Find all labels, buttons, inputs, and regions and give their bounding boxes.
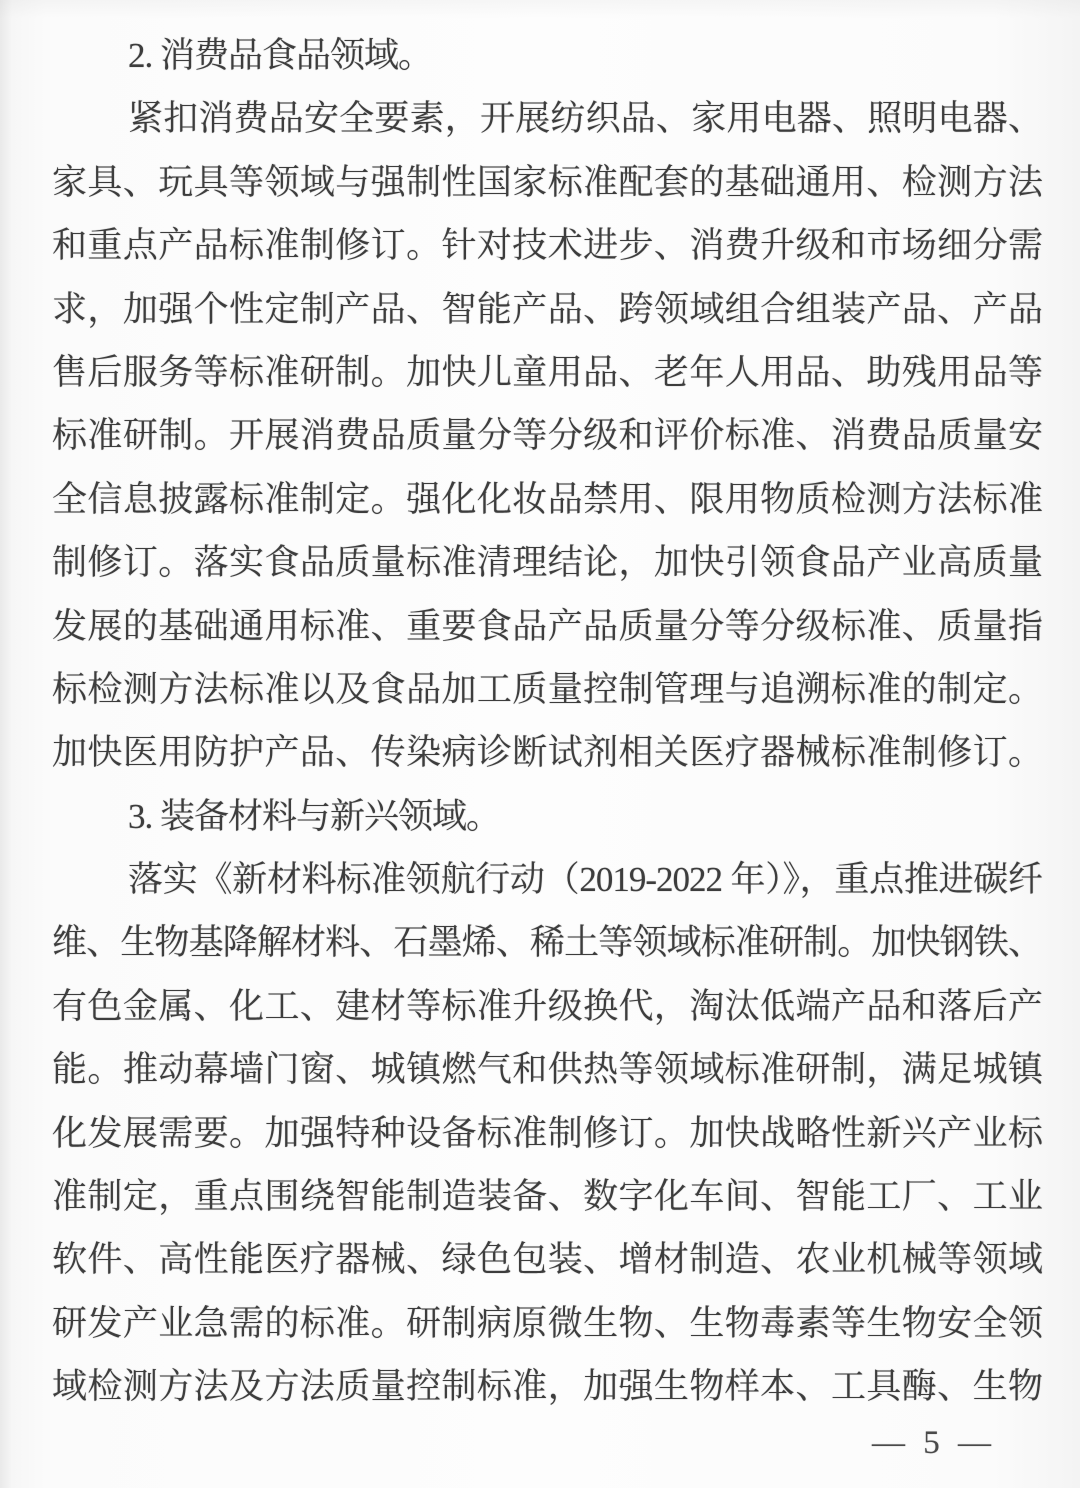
- text-line: 家具、玩具等领域与强制性国家标准配套的基础通用、检测方法: [52, 151, 1042, 214]
- text-line: 标检测方法标准以及食品加工质量控制管理与追溯标准的制定。: [52, 658, 1042, 721]
- text-line: 维、生物基降解材料、石墨烯、稀土等领域标准研制。加快钢铁、: [52, 911, 1042, 974]
- text-line: 加快医用防护产品、传染病诊断试剂相关医疗器械标准制修订。: [52, 721, 1042, 784]
- text-line: 3. 装备材料与新兴领域。: [52, 785, 1042, 848]
- text-line: 软件、高性能医疗器械、绿色包装、增材制造、农业机械等领域: [52, 1228, 1042, 1291]
- text-line: 求，加强个性定制产品、智能产品、跨领域组合组装产品、产品: [52, 278, 1042, 341]
- text-line: 标准研制。开展消费品质量分等分级和评价标准、消费品质量安: [52, 404, 1042, 467]
- text-line: 有色金属、化工、建材等标准升级换代，淘汰低端产品和落后产: [52, 975, 1042, 1038]
- text-line: 域检测方法及方法质量控制标准，加强生物样本、工具酶、生物: [52, 1355, 1042, 1418]
- text-line: 和重点产品标准制修订。针对技术进步、消费升级和市场细分需: [52, 214, 1042, 277]
- text-line: 能。推动幕墙门窗、城镇燃气和供热等领域标准研制，满足城镇: [52, 1038, 1042, 1101]
- text-line: 落实《新材料标准领航行动（2019-2022 年）》，重点推进碳纤: [52, 848, 1042, 911]
- text-line: 2. 消费品食品领域。: [52, 24, 1042, 87]
- text-line: 紧扣消费品安全要素，开展纺织品、家用电器、照明电器、: [52, 87, 1042, 150]
- text-line: 发展的基础通用标准、重要食品产品质量分等分级标准、质量指: [52, 595, 1042, 658]
- text-line: 研发产业急需的标准。研制病原微生物、生物毒素等生物安全领: [52, 1292, 1042, 1355]
- document-page: 2. 消费品食品领域。紧扣消费品安全要素，开展纺织品、家用电器、照明电器、家具、…: [0, 0, 1080, 1488]
- text-line: 制修订。落实食品质量标准清理结论，加快引领食品产业高质量: [52, 531, 1042, 594]
- text-line: 全信息披露标准制定。强化化妆品禁用、限用物质检测方法标准: [52, 468, 1042, 531]
- text-line: 准制定，重点围绕智能制造装备、数字化车间、智能工厂、工业: [52, 1165, 1042, 1228]
- text-line: 售后服务等标准研制。加快儿童用品、老年人用品、助残用品等: [52, 341, 1042, 404]
- page-number: — 5 —: [872, 1425, 996, 1462]
- document-body: 2. 消费品食品领域。紧扣消费品安全要素，开展纺织品、家用电器、照明电器、家具、…: [52, 24, 1042, 1419]
- text-line: 化发展需要。加强特种设备标准制修订。加快战略性新兴产业标: [52, 1102, 1042, 1165]
